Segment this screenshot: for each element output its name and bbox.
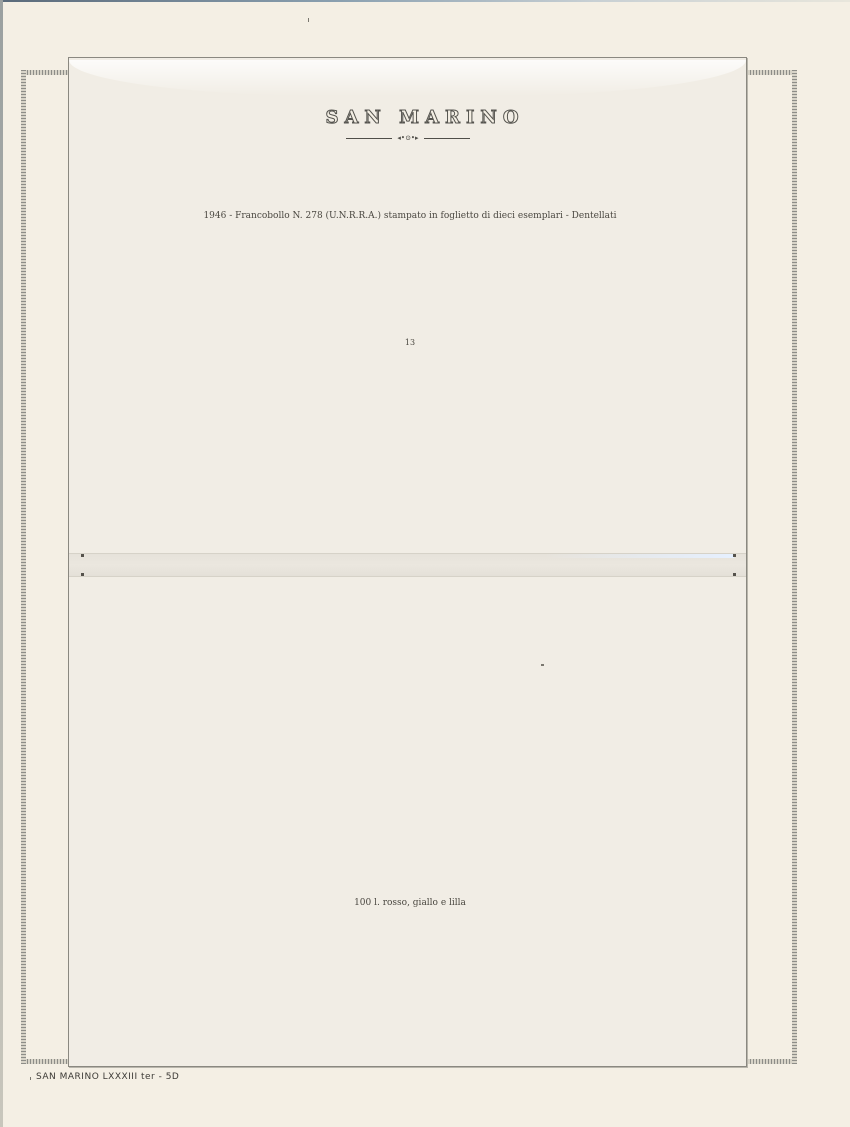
mount-rivet	[81, 573, 84, 576]
paper-speck	[30, 1077, 31, 1080]
strip-glare	[544, 554, 734, 558]
ornament-line-left	[346, 138, 392, 139]
issue-caption: 1946 - Francobollo N. 278 (U.N.R.R.A.) s…	[0, 211, 820, 221]
page-border-bottom-right	[747, 1059, 797, 1064]
mount-rivet	[733, 573, 736, 576]
mount-rivet	[81, 554, 84, 557]
mount-rivet	[733, 554, 736, 557]
paper-speck	[308, 18, 309, 22]
stamp-number: 13	[0, 338, 820, 347]
ornament-center-icon: ◂•⊙•▸	[392, 133, 424, 143]
stamp-mount	[68, 57, 747, 1067]
mount-divider-strip	[69, 553, 746, 577]
page-border-bottom-left	[21, 1059, 69, 1064]
mount-glare	[69, 60, 746, 96]
paper-speck	[541, 664, 544, 666]
title-ornament: ◂•⊙•▸	[346, 136, 470, 141]
scan-edge-top	[0, 0, 850, 2]
page-footer: SAN MARINO LXXXIII ter - 5D	[36, 1072, 179, 1082]
page-border-top-right	[747, 70, 797, 75]
page-title: SAN MARINO	[0, 107, 850, 128]
ornament-line-right	[424, 138, 470, 139]
scan-edge-left	[0, 0, 3, 1127]
stamp-description: 100 l. rosso, giallo e lilla	[0, 898, 820, 908]
page-border-top-left	[21, 70, 69, 75]
